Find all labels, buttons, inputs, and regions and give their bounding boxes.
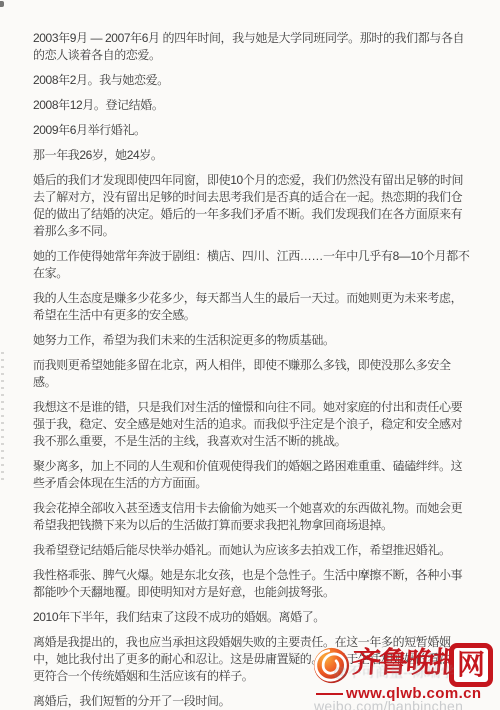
scan-artifact-edge [1,352,4,482]
paragraph: 我想这不是谁的错，只是我们对生活的憧憬和向往不同。她对家庭的付出和责任心要强于我… [33,399,470,450]
url-underline-rule [316,693,343,695]
paragraph: 那一年我26岁，她24岁。 [33,147,470,164]
article-page: 2003年9月 — 2007年6月 的四年时间，我与她是大学同班同学。那时的我们… [0,0,500,710]
qlwb-watermark: 齐鲁晚报 网 www.qlwb.com.cn weibo.com/hanbinc… [313,641,497,709]
article-body: 2003年9月 — 2007年6月 的四年时间，我与她是大学同班同学。那时的我们… [33,30,470,710]
paragraph: 聚少离多，加上不同的人生观和价值观使得我们的婚姻之路困难重重、磕磕绊绊。这些矛盾… [33,458,470,492]
paragraph: 2008年12月。登记结婚。 [33,97,470,114]
scan-artifact-corner [0,1,4,7]
qlwb-net-badge: 网 [449,643,493,687]
paragraph: 我会花掉全部收入甚至透支信用卡去偷偷为她买一个她喜欢的东西做礼物。而她会更希望我… [33,500,470,534]
paragraph: 2008年2月。我与她恋爱。 [33,72,470,89]
paragraph: 我希望登记结婚后能尽快举办婚礼。而她认为应该多去拍戏工作，希望推迟婚礼。 [33,542,470,559]
faint-user-watermark: @不可商量--陈瑞学 [333,662,455,682]
paragraph: 2003年9月 — 2007年6月 的四年时间，我与她是大学同班同学。那时的我们… [33,30,470,64]
paragraph: 而我则更希望她能多留在北京，两人相伴，即使不赚那么多钱，即使没那么多安全感。 [33,357,470,391]
paragraph: 2009年6月举行婚礼。 [33,122,470,139]
paragraph: 婚后的我们才发现即使四年同窗，即使10个月的恋爱，我们仍然没有留出足够的时间去了… [33,172,470,240]
paragraph: 她努力工作，希望为我们未来的生活积淀更多的物质基础。 [33,332,470,349]
paragraph: 我的人生态度是赚多少花多少，每天都当人生的最后一天过。而她则更为未来考虑，希望在… [33,290,470,324]
paragraph: 她的工作使得她常年奔波于剧组：横店、四川、江西……一年中几乎有8—10个月都不在… [33,248,470,282]
paragraph: 2010年下半年，我们结束了这段不成功的婚姻。离婚了。 [33,609,470,626]
paragraph: 我性格乖张、脾气火爆。她是东北女孩，也是个急性子。生活中摩擦不断，各种小事都能吵… [33,567,470,601]
weibo-handle: weibo.com/hanbinchen [314,698,463,710]
